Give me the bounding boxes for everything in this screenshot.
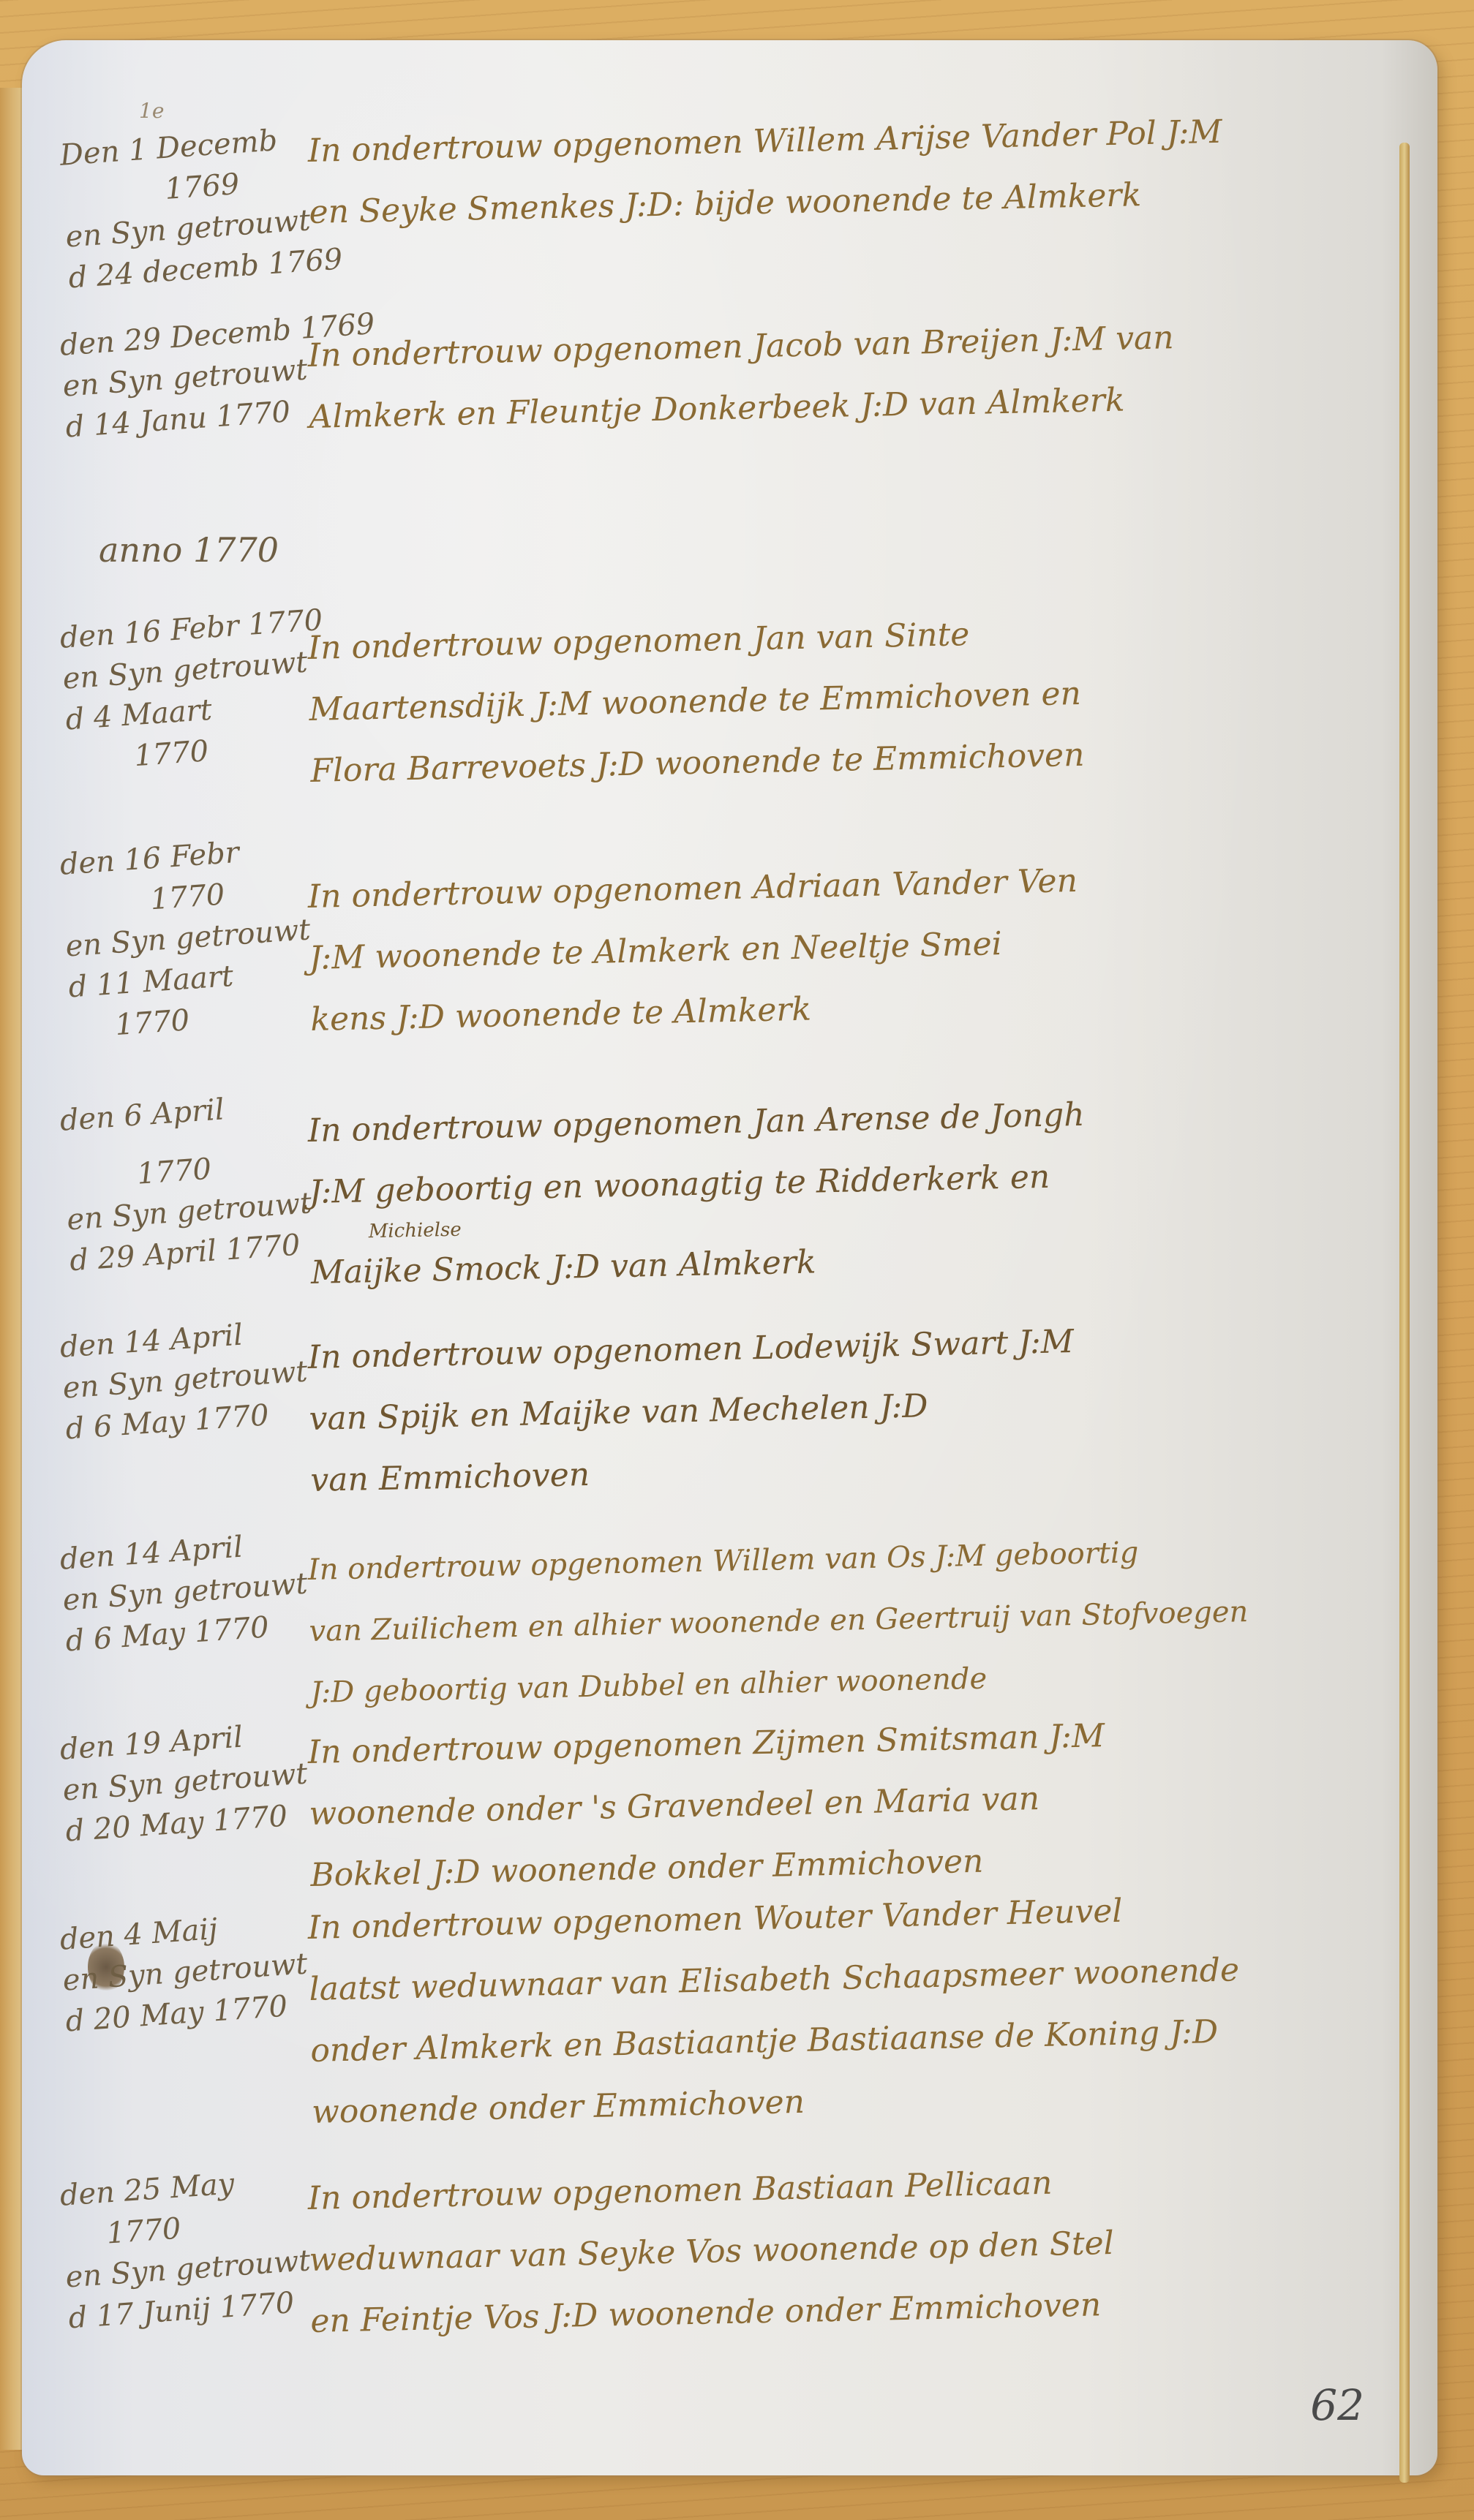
entry-text: In ondertrouw opgenomen Lodewijk Swart J… [307,1304,1437,1512]
margin-date-note: den 29 Decemb 1769 en Syn getrouwt d 14 … [59,308,315,448]
margin-date-note: den 25 May 1770 en Syn getrouwt d 17 Jun… [59,2158,318,2339]
margin-date-note: den 14 April en Syn getrouwt d 6 May 177… [59,1310,315,1449]
margin-date-note: Den 1 Decemb 1769 en Syn getrouwt d 24 d… [59,118,318,298]
year-heading: anno 1770 [99,530,279,570]
entry-text: In ondertrouw opgenomen Jan Arense de Jo… [307,1077,1437,1304]
folio-number: 62 [1310,2380,1364,2430]
margin-date-note: den 16 Febr 1770 en Syn getrouwt d 11 Ma… [59,827,321,1049]
entry-text: In ondertrouw opgenomen Willem Arijse Va… [307,97,1436,244]
register-page: 1e Den 1 Decemb 1769 en Syn getrouwt d 2… [22,40,1437,2475]
margin-date-note: den 19 April en Syn getrouwt d 20 May 17… [59,1712,315,1852]
entry-text: In ondertrouw opgenomen Wouter Vander He… [307,1874,1439,2143]
margin-date-note: den 16 Febr 1770 en Syn getrouwt d 4 Maa… [59,600,318,781]
entry-text: In ondertrouw opgenomen Jacob van Breije… [307,302,1436,448]
book-spine-left [0,88,22,2450]
entry-text: In ondertrouw opgenomen Bastiaan Pellica… [307,2145,1437,2353]
margin-date-note: den 14 April en Syn getrouwt d 6 May 177… [59,1522,315,1661]
margin-date-note: den 4 Maij en Syn getrouwt d 20 May 1770 [59,1902,315,2042]
entry-text: In ondertrouw opgenomen Zijmen Smitsman … [307,1699,1437,1906]
entry-text: In ondertrouw opgenomen Willem van Os J:… [307,1516,1437,1724]
corner-mark: 1e [139,99,164,123]
entry-text: In ondertrouw opgenomen Adriaan Vander V… [307,843,1437,1051]
margin-date-note: den 6 April 1770 en Syn getrouwt d 29 Ap… [59,1083,319,1281]
entry-text: In ondertrouw opgenomen Jan van Sinte Ma… [307,595,1437,802]
